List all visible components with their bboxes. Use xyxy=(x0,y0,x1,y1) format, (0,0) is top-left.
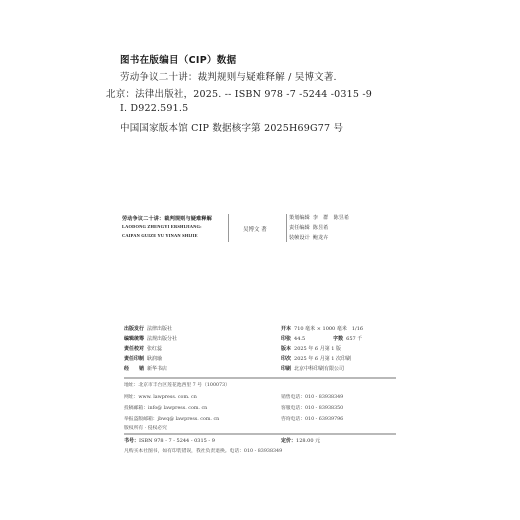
contact-sales-phone: 销售电话：010 - 83938349 xyxy=(281,393,343,400)
return-notice: 凡购买本社图书，如有印装错误，我社负责退换。电话：010 - 83938349 xyxy=(124,447,282,454)
pub-info-label: 责任印制 xyxy=(124,356,144,362)
book-title-chinese: 劳动争议二十讲：裁判规则与疑难释解 xyxy=(122,215,212,222)
pub-info-label: 版本 xyxy=(281,346,291,352)
cip-classification-line: Ⅰ. D922.591.5 xyxy=(120,103,188,114)
pub-info-label: 印次 xyxy=(281,356,291,362)
pub-info-row: 责任校对张红蕊 xyxy=(124,345,162,352)
pub-info-row: 经 销新华书店 xyxy=(124,365,167,372)
divider-horizontal xyxy=(124,377,396,379)
contact-submission-email: 投稿邮箱：info@ lawpress. com. cn xyxy=(124,404,207,411)
copyright-notice: 版权所有 · 侵权必究 xyxy=(124,424,167,431)
editor-label: 装帧设计 xyxy=(289,235,310,241)
editor-value: 鲍龙卉 xyxy=(313,235,329,241)
editor-row-responsible: 责任编辑陈昱希 xyxy=(289,224,328,231)
pub-info-value: 2025 年 6 月第 1 版 xyxy=(294,346,341,352)
pub-info-value: 法律出版社 xyxy=(147,326,172,332)
editor-value: 李 群 陈昱希 xyxy=(313,215,349,221)
pub-info-value: 新华书店 xyxy=(147,366,167,372)
price-value: 128.00 元 xyxy=(296,438,320,444)
cip-record-number-line: 中国国家版本馆 CIP 数据核字第 2025H69G77 号 xyxy=(120,120,343,134)
editor-row-design: 装帧设计鲍龙卉 xyxy=(289,234,328,241)
pub-info-row: 印刷北京中科印刷有限公司 xyxy=(281,365,344,372)
pub-info-label: 开本 xyxy=(281,326,291,332)
pub-info-value: 657 千 xyxy=(346,336,362,342)
pub-info-label: 责任校对 xyxy=(124,346,144,352)
editor-label: 策划编辑 xyxy=(289,215,310,221)
contact-website: 网址：www. lawpress. com. cn xyxy=(124,393,197,400)
pub-info-row: 印张44.5字数657 千 xyxy=(281,335,362,342)
isbn-value: ISBN 978 - 7 - 5244 - 0315 - 9 xyxy=(139,438,215,444)
editor-label: 责任编辑 xyxy=(289,225,310,231)
pub-info-label: 印刷 xyxy=(281,366,291,372)
divider-vertical xyxy=(228,214,229,242)
book-title-pinyin-line-2: CAIPAN GUIZE YU YINAN SHIJIE xyxy=(122,233,198,238)
contact-address: 地址：北京市丰台区莲花池西里 7 号（100073） xyxy=(124,381,230,388)
cip-title: 图书在版编目（CIP）数据 xyxy=(120,52,236,66)
pub-info-row: 责任印制耿润瑜 xyxy=(124,355,162,362)
divider-vertical xyxy=(286,214,287,242)
pub-info-row: 版本2025 年 6 月第 1 版 xyxy=(281,345,341,352)
pub-info-label: 经 销 xyxy=(124,366,144,372)
pub-info-value: 法规出版分社 xyxy=(147,336,177,342)
pub-info-row: 印次2025 年 6 月第 1 次印刷 xyxy=(281,355,351,362)
price-label: 定价： xyxy=(281,438,296,444)
cip-book-title-line: 劳动争议二十讲：裁判规则与疑难释解 / 吴博文著. xyxy=(120,69,337,83)
contact-service-phone: 客服电话：010 - 83938350 xyxy=(281,404,343,411)
pub-info-label: 编辑统筹 xyxy=(124,336,144,342)
pub-info-value: 张红蕊 xyxy=(147,346,162,352)
pub-info-value: 710 毫米 × 1000 毫米 1/16 xyxy=(294,326,363,332)
divider-horizontal xyxy=(124,433,396,435)
contact-inquiry-phone: 咨询电话：010 - 63939796 xyxy=(281,415,343,422)
pub-info-label: 出版发行 xyxy=(124,326,144,332)
pub-info-row: 开本710 毫米 × 1000 毫米 1/16 xyxy=(281,325,363,332)
isbn-row: 书号：ISBN 978 - 7 - 5244 - 0315 - 9 xyxy=(124,437,215,444)
pub-info-row: 编辑统筹法规出版分社 xyxy=(124,335,177,342)
pub-info-value: 耿润瑜 xyxy=(147,356,162,362)
cip-publisher-isbn-line: 北京：法律出版社，2025. -- ISBN 978 -7 -5244 -031… xyxy=(106,86,372,100)
pub-info-row: 出版发行法律出版社 xyxy=(124,325,172,332)
book-title-pinyin-line-1: LAODONG ZHENGYI ERSHIJIANG: xyxy=(122,224,202,229)
isbn-label: 书号： xyxy=(124,438,139,444)
pub-info-value: 44.5 xyxy=(294,336,305,342)
book-author: 吴博文 著 xyxy=(243,225,267,233)
editor-value: 陈昱希 xyxy=(313,225,329,231)
price-row: 定价：128.00 元 xyxy=(281,437,320,444)
pub-info-value: 2025 年 6 月第 1 次印刷 xyxy=(294,356,351,362)
pub-info-value: 北京中科印刷有限公司 xyxy=(294,366,344,372)
editor-row-planning: 策划编辑李 群 陈昱希 xyxy=(289,214,349,221)
pub-info-label: 字数 xyxy=(333,336,343,342)
contact-piracy-email: 举报盗版邮箱：jbwq@ lawpress. com. cn xyxy=(124,415,219,422)
pub-info-label: 印张 xyxy=(281,336,291,342)
